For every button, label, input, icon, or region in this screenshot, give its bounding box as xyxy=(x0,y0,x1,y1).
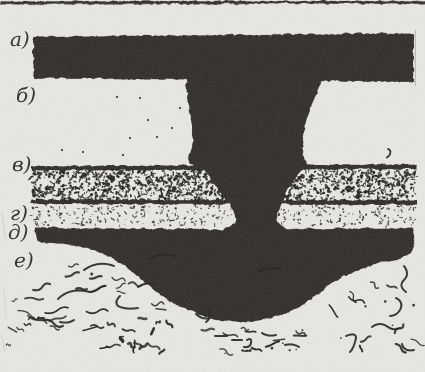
layered-cross-section-figure: а) б) в) г) д) е) xyxy=(0,0,425,372)
diagram-canvas: а) б) в) г) д) е) xyxy=(0,0,425,372)
paper-grain-overlay xyxy=(0,0,425,372)
